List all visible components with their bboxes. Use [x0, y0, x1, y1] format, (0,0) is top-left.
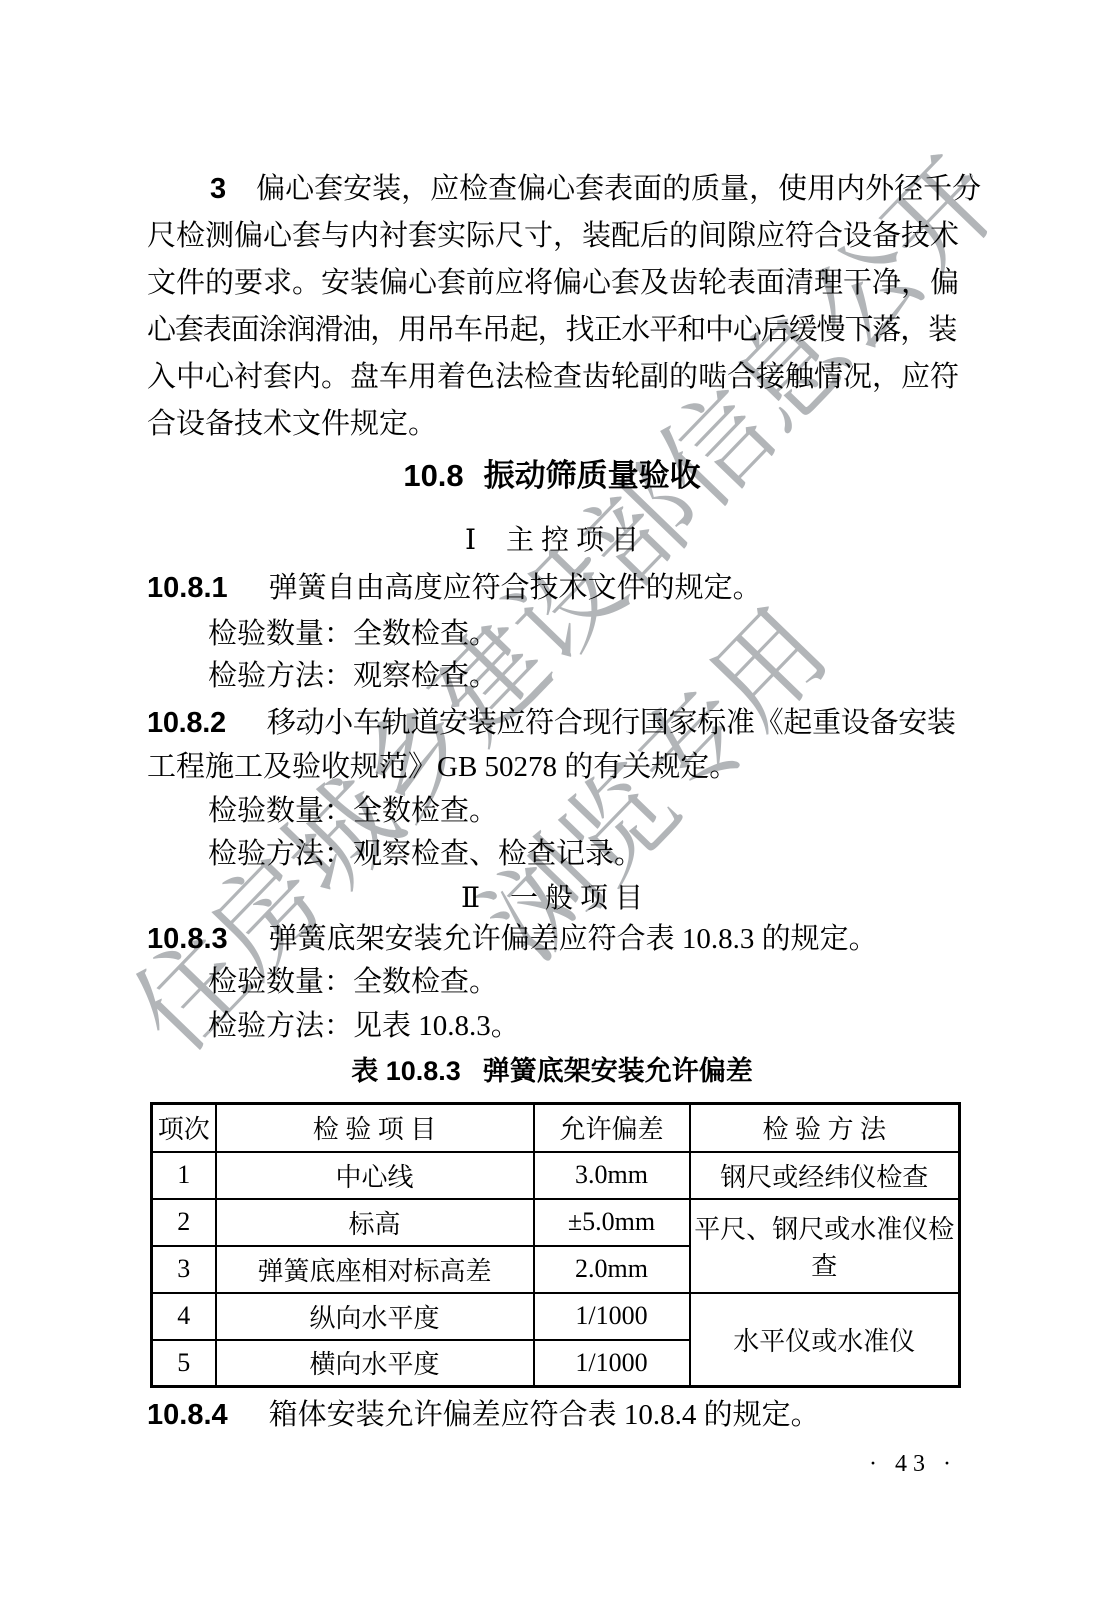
paragraph-3-line-4: 心套表面涂润滑油，用吊车吊起，找正水平和中心后缓慢下落，装	[147, 307, 957, 354]
paragraph-3-line-2: 尺检测偏心套与内衬套实际尺寸，装配后的间隙应符合设备技术	[147, 213, 957, 260]
clause-10-8-3: 10.8.3弹簧底架安装允许偏差应符合表 10.8.3 的规定。	[147, 919, 957, 959]
clause-10-8-3-quantity: 检验数量：全数检查。	[147, 962, 1018, 1002]
table-row: 4 纵向水平度 1/1000 水平仪或水准仪	[152, 1293, 960, 1340]
clause-10-8-2-quantity: 检验数量：全数检查。	[147, 791, 1018, 831]
paragraph-3: 3偏心套安装，应检查偏心套表面的质量，使用内外径千分 尺检测偏心套与内衬套实际尺…	[147, 166, 957, 448]
row-3-no: 3	[152, 1246, 216, 1293]
paragraph-3-line-3: 文件的要求。安装偏心套前应将偏心套及齿轮表面清理干净，偏	[147, 260, 957, 307]
table-header-item: 检 验 项 目	[216, 1104, 534, 1152]
row-4-no: 4	[152, 1293, 216, 1340]
part-1-heading: Ⅰ主 控 项 目	[147, 521, 957, 561]
part-2-numeral: Ⅱ	[461, 883, 480, 914]
row-5-item: 横向水平度	[216, 1340, 534, 1387]
clause-10-8-4-number: 10.8.4	[147, 1399, 228, 1431]
clause-10-8-2-method: 检验方法：观察检查、检查记录。	[147, 834, 1018, 874]
table-caption: 表 10.8.3弹簧底架安装允许偏差	[147, 1051, 957, 1091]
section-heading: 10.8振动筛质量验收	[147, 456, 957, 496]
row-3-tolerance: 2.0mm	[534, 1246, 690, 1293]
table-row: 1 中心线 3.0mm 钢尺或经纬仪检查	[152, 1152, 960, 1199]
row-2-no: 2	[152, 1199, 216, 1246]
row-1-item: 中心线	[216, 1152, 534, 1199]
clause-10-8-2-text-2: 工程施工及验收规范》GB 50278 的有关规定。	[147, 747, 957, 787]
row-4-item: 纵向水平度	[216, 1293, 534, 1340]
row-1-tolerance: 3.0mm	[534, 1152, 690, 1199]
section-heading-number: 10.8	[403, 458, 463, 493]
clause-10-8-3-text: 弹簧底架安装允许偏差应符合表 10.8.3 的规定。	[269, 923, 878, 955]
table-caption-number: 表 10.8.3	[351, 1056, 461, 1086]
clause-10-8-3-number: 10.8.3	[147, 923, 228, 955]
table-header-no: 项次	[152, 1104, 216, 1152]
row-3-item: 弹簧底座相对标高差	[216, 1246, 534, 1293]
paragraph-3-line-5: 入中心衬套内。盘车用着色法检查齿轮副的啮合接触情况，应符	[147, 354, 957, 401]
row-4-tolerance: 1/1000	[534, 1293, 690, 1340]
table-header-tolerance: 允许偏差	[534, 1104, 690, 1152]
row-5-tolerance: 1/1000	[534, 1340, 690, 1387]
table-caption-title: 弹簧底架安装允许偏差	[483, 1056, 753, 1086]
paragraph-3-number: 3	[210, 173, 226, 205]
clause-10-8-1-method: 检验方法：观察检查。	[147, 656, 1018, 696]
clause-10-8-2-number: 10.8.2	[147, 707, 226, 739]
section-heading-title: 振动筛质量验收	[484, 458, 701, 493]
row-2-3-method: 平尺、钢尺或水准仪检查	[690, 1199, 960, 1293]
clause-10-8-2-text-1: 移动小车轨道安装应符合现行国家标准《起重设备安装	[267, 707, 956, 739]
row-5-no: 5	[152, 1340, 216, 1387]
document-page: 住房城乡建设部信息公开 浏览专用 3偏心套安装，应检查偏心套表面的质量，使用内外…	[0, 0, 1102, 1598]
part-2-label: 一 般 项 目	[510, 883, 643, 914]
tolerance-table-wrapper: 项次 检 验 项 目 允许偏差 检 验 方 法 1 中心线 3.0mm 钢尺或经…	[150, 1102, 958, 1388]
paragraph-3-text-1: 偏心套安装，应检查偏心套表面的质量，使用内外径千分	[256, 173, 981, 205]
clause-10-8-4-text: 箱体安装允许偏差应符合表 10.8.4 的规定。	[269, 1399, 820, 1431]
paragraph-3-line-6: 合设备技术文件规定。	[147, 401, 957, 448]
paragraph-3-line-1: 3偏心套安装，应检查偏心套表面的质量，使用内外径千分	[147, 166, 957, 213]
part-2-heading: Ⅱ一 般 项 目	[147, 879, 957, 919]
clause-10-8-1-number: 10.8.1	[147, 572, 228, 604]
row-1-method: 钢尺或经纬仪检查	[690, 1152, 960, 1199]
row-2-tolerance: ±5.0mm	[534, 1199, 690, 1246]
clause-10-8-3-method: 检验方法：见表 10.8.3。	[147, 1006, 1018, 1046]
part-1-label: 主 控 项 目	[506, 525, 639, 556]
clause-10-8-1-text: 弹簧自由高度应符合技术文件的规定。	[269, 572, 762, 604]
clause-10-8-1-quantity: 检验数量：全数检查。	[147, 614, 1018, 654]
row-4-5-method: 水平仪或水准仪	[690, 1293, 960, 1387]
clause-10-8-1: 10.8.1弹簧自由高度应符合技术文件的规定。	[147, 568, 957, 608]
row-1-no: 1	[152, 1152, 216, 1199]
table-row: 2 标高 ±5.0mm 平尺、钢尺或水准仪检查	[152, 1199, 960, 1246]
table-header-row: 项次 检 验 项 目 允许偏差 检 验 方 法	[152, 1104, 960, 1152]
table-header-method: 检 验 方 法	[690, 1104, 960, 1152]
clause-10-8-4: 10.8.4箱体安装允许偏差应符合表 10.8.4 的规定。	[147, 1395, 957, 1435]
row-2-item: 标高	[216, 1199, 534, 1246]
tolerance-table: 项次 检 验 项 目 允许偏差 检 验 方 法 1 中心线 3.0mm 钢尺或经…	[150, 1102, 961, 1388]
page-number: · 43 ·	[760, 1448, 957, 1480]
part-1-numeral: Ⅰ	[465, 525, 476, 556]
clause-10-8-2: 10.8.2移动小车轨道安装应符合现行国家标准《起重设备安装	[147, 703, 957, 743]
